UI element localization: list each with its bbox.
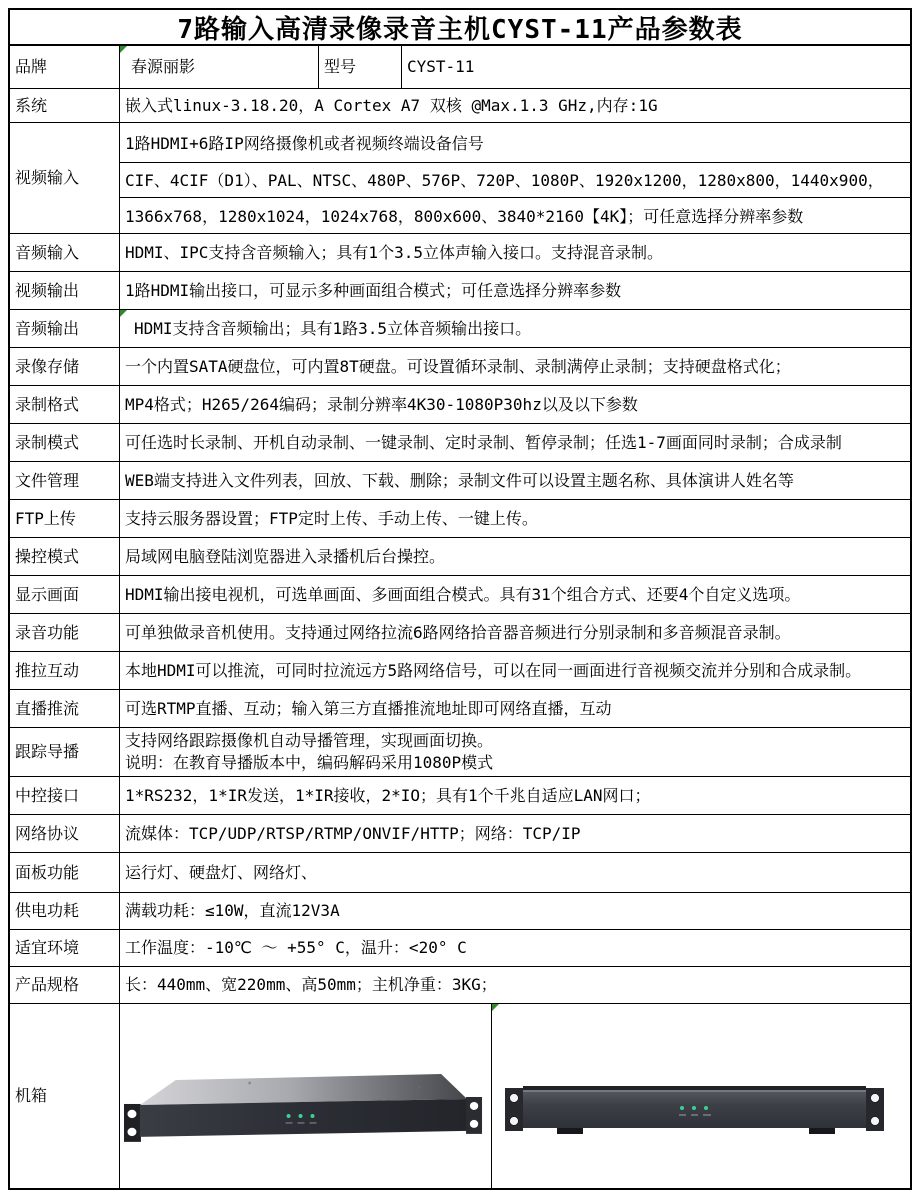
row-central-control: 中控接口 1*RS232，1*IR发送，1*IR接收，2*IO；具有1个千兆自适…: [10, 777, 910, 815]
row-content: 1路HDMI输出接口，可显示多种画面组合模式；可任意选择分辨率参数: [120, 272, 910, 309]
product-spec-table: 7路输入高清录像录音主机CYST-11产品参数表 品牌 春源丽影 型号 CYST…: [8, 8, 912, 1190]
row-content: 流媒体：TCP/UDP/RTSP/RTMP/ONVIF/HTTP；网络：TCP/…: [120, 815, 910, 852]
row-video-output: 视频输出 1路HDMI输出接口，可显示多种画面组合模式；可任意选择分辨率参数: [10, 272, 910, 310]
row-label: 直播推流: [10, 690, 120, 727]
video-input-line-1: 1路HDMI+6路IP网络摄像机或者视频终端设备信号: [120, 123, 910, 162]
chassis-front-image: [492, 1004, 910, 1188]
row-environment: 适宜环境 工作温度：-10℃ ～ +55° C，温升：<20° C: [10, 930, 910, 967]
row-label: 系统: [10, 89, 120, 122]
row-power: 供电功耗 满载功耗：≤10W，直流12V3A: [10, 893, 910, 930]
row-content: 局域网电脑登陆浏览器进入录播机后台操控。: [120, 538, 910, 575]
row-panel: 面板功能 运行灯、硬盘灯、网络灯、: [10, 853, 910, 893]
row-content: 支持网络跟踪摄像机自动导播管理，实现画面切换。 说明：在教育导播版本中，编码解码…: [120, 728, 910, 776]
row-label: 录音功能: [10, 614, 120, 651]
row-file-management: 文件管理 WEB端支持进入文件列表，回放、下载、删除；录制文件可以设置主题名称、…: [10, 462, 910, 500]
row-label: 显示画面: [10, 576, 120, 613]
row-ftp-upload: FTP上传 支持云服务器设置；FTP定时上传、手动上传、一键上传。: [10, 500, 910, 538]
row-content: 可单独做录音机使用。支持通过网络拉流6路网络拾音器音频进行分别录制和多音频混音录…: [120, 614, 910, 651]
row-content: 运行灯、硬盘灯、网络灯、: [120, 853, 910, 892]
row-storage: 录像存储 一个内置SATA硬盘位，可内置8T硬盘。可设置循环录制、录制满停止录制…: [10, 348, 910, 386]
comment-marker-icon: [120, 310, 127, 317]
table-title: 7路输入高清录像录音主机CYST-11产品参数表: [10, 10, 910, 46]
row-content: WEB端支持进入文件列表，回放、下载、删除；录制文件可以设置主题名称、具体演讲人…: [120, 462, 910, 499]
row-content: 可选RTMP直播、互动；输入第三方直播推流地址即可网络直播，互动: [120, 690, 910, 727]
row-content: 一个内置SATA硬盘位，可内置8T硬盘。可设置循环录制、录制满停止录制；支持硬盘…: [120, 348, 910, 385]
row-label: 操控模式: [10, 538, 120, 575]
row-network-protocol: 网络协议 流媒体：TCP/UDP/RTSP/RTMP/ONVIF/HTTP；网络…: [10, 815, 910, 853]
brand-value: 春源丽影: [120, 46, 319, 88]
row-audio-output: 音频输出 HDMI支持含音频输出；具有1路3.5立体音频输出接口。: [10, 310, 910, 348]
video-input-line-3: 1366x768，1280x1024，1024x768，800x600、3840…: [120, 197, 910, 233]
tracking-line-2: 说明：在教育导播版本中，编码解码采用1080P模式: [125, 753, 493, 773]
row-label: 中控接口: [10, 777, 120, 814]
video-input-line-2: CIF、4CIF（D1）、PAL、NTSC、480P、576P、720P、108…: [120, 162, 910, 198]
row-content: 支持云服务器设置；FTP定时上传、手动上传、一键上传。: [120, 500, 910, 537]
row-content: 嵌入式linux-3.18.20，A Cortex A7 双核 @Max.1.3…: [120, 89, 910, 122]
row-content: 可任选时长录制、开机自动录制、一键录制、定时录制、暂停录制；任选1-7画面同时录…: [120, 424, 910, 461]
row-label: 音频输入: [10, 234, 120, 271]
row-label: 录制模式: [10, 424, 120, 461]
row-brand: 品牌 春源丽影 型号 CYST-11: [10, 46, 910, 89]
row-audio-recorder: 录音功能 可单独做录音机使用。支持通过网络拉流6路网络拾音器音频进行分别录制和多…: [10, 614, 910, 652]
chassis-photo-angle-cell: [120, 1004, 492, 1188]
row-display: 显示画面 HDMI输出接电视机，可选单画面、多画面组合模式。具有31个组合方式、…: [10, 576, 910, 614]
row-content: MP4格式；H265/264编码；录制分辨率4K30-1080P30hz以及以下…: [120, 386, 910, 423]
video-input-lines: 1路HDMI+6路IP网络摄像机或者视频终端设备信号 CIF、4CIF（D1）、…: [120, 123, 910, 233]
row-system: 系统 嵌入式linux-3.18.20，A Cortex A7 双核 @Max.…: [10, 89, 910, 123]
row-content: 本地HDMI可以推流，可同时拉流远方5路网络信号，可以在同一画面进行音视频交流并…: [120, 652, 910, 689]
row-content: 长：440mm、宽220mm、高50mm；主机净重：3KG；: [120, 967, 910, 1003]
row-content: 工作温度：-10℃ ～ +55° C，温升：<20° C: [120, 930, 910, 966]
row-label: 跟踪导播: [10, 728, 120, 776]
row-label: 文件管理: [10, 462, 120, 499]
tracking-line-1: 支持网络跟踪摄像机自动导播管理，实现画面切换。: [125, 731, 493, 751]
row-content: 1*RS232，1*IR发送，1*IR接收，2*IO；具有1个千兆自适应LAN网…: [120, 777, 910, 814]
row-label: 视频输出: [10, 272, 120, 309]
chassis-angle-body: [124, 1074, 482, 1142]
row-label: 适宜环境: [10, 930, 120, 966]
chassis-angle-image: [120, 1004, 491, 1188]
row-content: HDMI支持含音频输出；具有1路3.5立体音频输出接口。: [120, 310, 910, 347]
row-label: 录制格式: [10, 386, 120, 423]
row-label: 供电功耗: [10, 893, 120, 929]
comment-marker-icon: [120, 46, 127, 53]
row-label: 录像存储: [10, 348, 120, 385]
row-content: HDMI、IPC支持含音频输入；具有1个3.5立体声输入接口。支持混音录制。: [120, 234, 910, 271]
row-content: HDMI输出接电视机，可选单画面、多画面组合模式。具有31个组合方式、还要4个自…: [120, 576, 910, 613]
chassis-photo-front-cell: [492, 1004, 910, 1188]
row-audio-input: 音频输入 HDMI、IPC支持含音频输入；具有1个3.5立体声输入接口。支持混音…: [10, 234, 910, 272]
row-label: 音频输出: [10, 310, 120, 347]
audio-output-text: HDMI支持含音频输出；具有1路3.5立体音频输出接口。: [134, 319, 531, 338]
row-label: 产品规格: [10, 967, 120, 1003]
row-push-pull: 推拉互动 本地HDMI可以推流，可同时拉流远方5路网络信号，可以在同一画面进行音…: [10, 652, 910, 690]
row-label: 网络协议: [10, 815, 120, 852]
row-live-stream: 直播推流 可选RTMP直播、互动；输入第三方直播推流地址即可网络直播，互动: [10, 690, 910, 728]
row-label: 推拉互动: [10, 652, 120, 689]
model-value: CYST-11: [402, 46, 910, 88]
row-product-spec: 产品规格 长：440mm、宽220mm、高50mm；主机净重：3KG；: [10, 967, 910, 1004]
row-label: 视频输入: [10, 123, 120, 233]
comment-marker-icon: [492, 1004, 499, 1011]
row-chassis: 机箱: [10, 1004, 910, 1188]
model-label: 型号: [319, 46, 402, 88]
brand-value-text: 春源丽影: [131, 57, 195, 76]
row-content: 满载功耗：≤10W，直流12V3A: [120, 893, 910, 929]
row-record-mode: 录制模式 可任选时长录制、开机自动录制、一键录制、定时录制、暂停录制；任选1-7…: [10, 424, 910, 462]
row-label: 机箱: [10, 1004, 120, 1188]
chassis-front-body: [505, 1086, 884, 1134]
row-video-input: 视频输入 1路HDMI+6路IP网络摄像机或者视频终端设备信号 CIF、4CIF…: [10, 123, 910, 234]
brand-label: 品牌: [10, 46, 120, 88]
row-control-mode: 操控模式 局域网电脑登陆浏览器进入录播机后台操控。: [10, 538, 910, 576]
row-label: FTP上传: [10, 500, 120, 537]
row-tracking: 跟踪导播 支持网络跟踪摄像机自动导播管理，实现画面切换。 说明：在教育导播版本中…: [10, 728, 910, 777]
row-record-format: 录制格式 MP4格式；H265/264编码；录制分辨率4K30-1080P30h…: [10, 386, 910, 424]
row-label: 面板功能: [10, 853, 120, 892]
